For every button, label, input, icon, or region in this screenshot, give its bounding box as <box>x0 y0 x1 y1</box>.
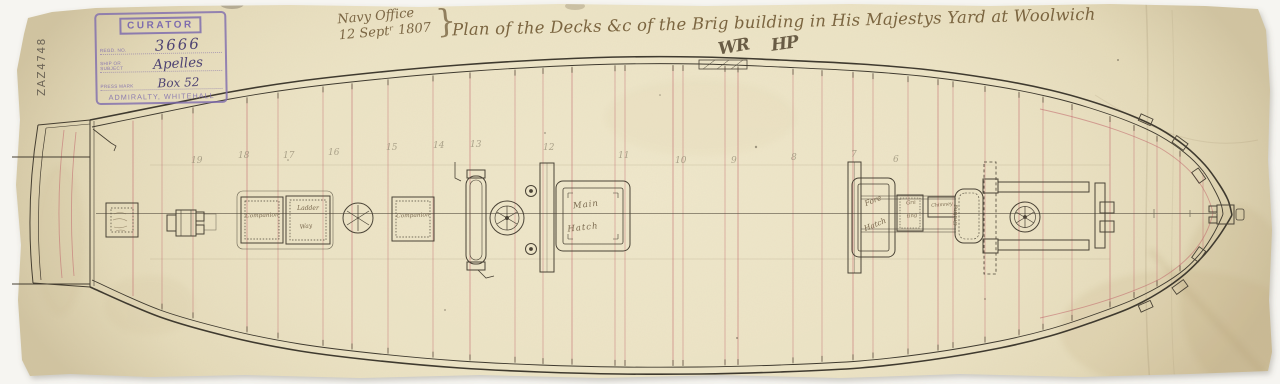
ship-plan-scan: ZAZ4748 CURATOR Regd. No. 3666 SHIP OR S… <box>0 0 1280 384</box>
deck-plan-drawing <box>0 0 1280 384</box>
fore-mast-partners <box>1010 202 1040 232</box>
main-mast-partners <box>490 201 524 235</box>
